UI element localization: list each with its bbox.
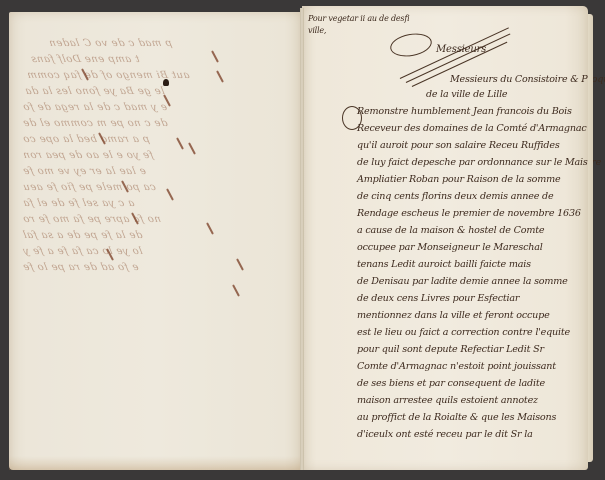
margin-note-line-1: Pour vegetar ii au de desfi (308, 14, 409, 23)
body-line: a cause de la maison & hostel de Comte (357, 222, 544, 239)
body-line: de ses biens et par consequent de ladite (357, 375, 545, 392)
margin-note-line-2: ville, (308, 26, 326, 35)
bleed-line: e fo ad de ra pe lo fe (21, 260, 140, 276)
bleed-stroke (236, 258, 244, 270)
bleed-stroke (188, 142, 196, 154)
body-line: Remonstre humblement Jean francois du Bo… (357, 103, 572, 120)
bleed-stroke (206, 222, 214, 234)
body-line: Rendage escheus le premier de novembre 1… (357, 205, 581, 222)
body-line: mentionnez dans la ville et feront occup… (357, 307, 550, 324)
body-line: Ampliatier Roban pour Raison de la somme (357, 171, 561, 188)
bleed-line: p a ramo bed la ope co (21, 132, 151, 148)
bleed-line: no fa apre pe fa mo fe ro (21, 212, 162, 228)
body-line: Receveur des domaines de la Comté d'Arma… (357, 120, 587, 137)
body-line: de cinq cents florins deux demis annee d… (357, 188, 553, 205)
left-page: p mad c de vo C laden t amp ene Dolf fan… (9, 12, 302, 470)
bleed-stroke (211, 50, 219, 62)
body-line: occupee par Monseigneur le Mareschal (357, 239, 543, 256)
bleed-line: fe yo e le ao de pea ron (21, 148, 155, 164)
salutation: Messieurs (436, 44, 486, 55)
body-line: pour quil sont depute Refectiar Ledit Sr (357, 341, 544, 358)
bleed-stroke (216, 70, 224, 82)
bleed-line: lo ye lo ca fa fe a fe y (21, 244, 144, 260)
bleed-line: t amp ene Dolf fans (29, 52, 141, 68)
body-line: qu'il auroit pour son salaire Receu Ruff… (357, 137, 560, 154)
page-edge (588, 14, 593, 462)
bleed-line: le ge Ba ye fono les la da (23, 84, 166, 100)
bleed-stroke (232, 284, 240, 296)
body-line: de deux cens Livres pour Esfectiar (357, 290, 519, 307)
body-line: maison arrestee quils estoient annotez (357, 392, 538, 409)
body-line: Comte d'Armagnac n'estoit point jouissan… (357, 358, 556, 375)
bleed-line: e y mad c de la rega de fo (21, 100, 168, 116)
manuscript-scan: p mad c de vo C laden t amp ene Dolf fan… (0, 0, 605, 480)
bleed-line: ca po mele pe fio fe aeu (21, 180, 157, 196)
body-line: d'iceulx ont esté receu par le dit Sr la (357, 426, 533, 443)
address-line-2: de la ville de Lille (426, 89, 507, 100)
bleed-stroke (166, 188, 174, 200)
body-line: est le lieu ou faict a correction contre… (357, 324, 570, 341)
right-page: Pour vegetar ii au de desfi ville, Messi… (302, 6, 588, 470)
body-line: au proffict de la Roialte & que les Mais… (357, 409, 556, 426)
body-line: de Denisau par ladite demie annee la som… (357, 273, 568, 290)
bleed-line: de la fe pe de a sa fal (21, 228, 144, 244)
body-line: de luy faict depesche par ordonnance sur… (357, 154, 601, 171)
bleed-line: de c no pe m commo el de (21, 116, 169, 132)
bleed-line: e lae la er ey ve mo fe (21, 164, 147, 180)
address-line-1: Messieurs du Consistoire & Proqueurs (450, 74, 605, 85)
bleed-line: a c ya sel fe de el fa (21, 196, 136, 212)
bleed-stroke (176, 137, 184, 149)
flourish-loop (388, 31, 433, 60)
bleed-line: p mad c de vo C laden (47, 36, 173, 52)
ink-blot (163, 79, 169, 86)
page-edge-stain (9, 456, 302, 470)
body-line: tenans Ledit auroict bailli faicte mais (357, 256, 531, 273)
book-gutter (300, 8, 304, 470)
